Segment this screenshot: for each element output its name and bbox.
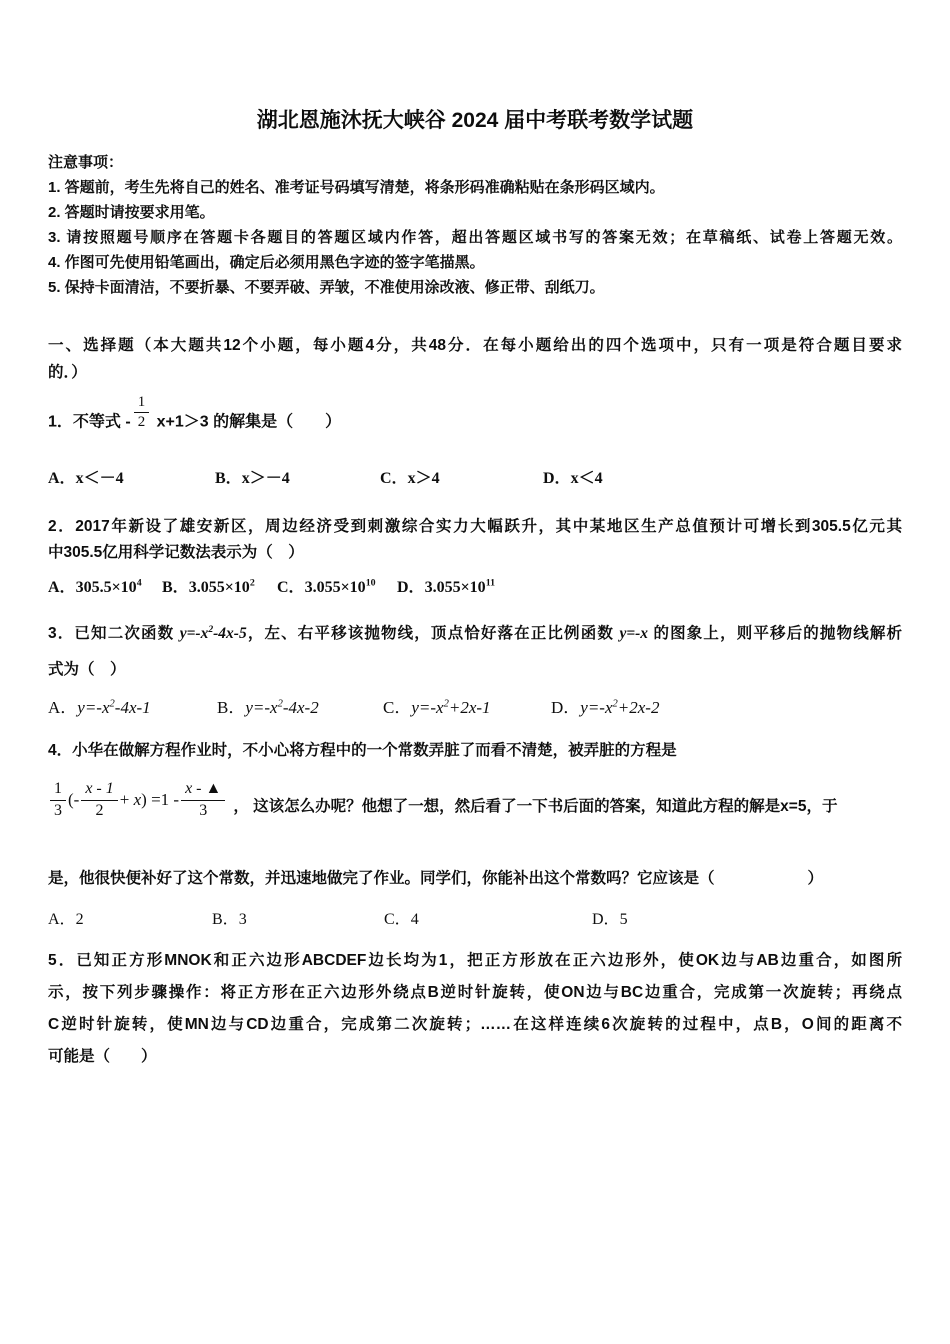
question-1-options: A．x＜－4 B．x＞－4 C．x＞4 D．x＜4	[48, 465, 902, 488]
option-c-exponent: 10	[366, 578, 376, 589]
notice-item-2: 2. 答题时请按要求用笔。	[48, 200, 902, 225]
option-b-label: B．	[215, 470, 242, 487]
option-c-text: x＞4	[408, 470, 440, 487]
notice-item-3: 3. 请按照题号顺序在答题卡各题目的答题区域内作答，超出答题区域书写的答案无效；…	[48, 225, 902, 250]
section-1-heading-line-1: 一、选择题（本大题共12个小题，每小题4分，共48分．在每小题给出的四个选项中，…	[48, 332, 902, 359]
option-c-expression: y=-x2+2x-1	[411, 698, 490, 717]
option-d-label: D．	[397, 579, 425, 596]
option-c-label: C．	[384, 911, 411, 928]
option-d-label: D．	[543, 470, 571, 487]
option-d-value: 3.055×10	[425, 579, 486, 596]
option-b-label: B．	[217, 698, 245, 717]
question-3-line-1: 3．已知二次函数 y=-x2-4x-5，左、右平移该抛物线，顶点恰好落在正比例函…	[48, 621, 902, 647]
equation-equals-part: ) =1 -	[141, 790, 179, 809]
notice-item-1: 1. 答题前，考生先将自己的姓名、准考证号码填写清楚，将条形码准确粘贴在条形码区…	[48, 175, 902, 200]
option-b-value: 3.055×10	[189, 579, 250, 596]
option-d: D．3.055×1011	[397, 574, 495, 597]
option-a-text: x＜－4	[76, 470, 124, 487]
option-c: C．y=-x2+2x-1	[383, 693, 551, 718]
option-c: C．3.055×1010	[277, 574, 397, 597]
option-c-label: C．	[277, 579, 305, 596]
question-5-line-2: 示，按下列步骤操作：将正方形在正六边形外绕点B逆时针旋转，使ON边与BC边重合，…	[48, 977, 902, 1009]
question-2: 2．2017年新设了雄安新区，周边经济受到刺激综合实力大幅跃升，其中某地区生产总…	[48, 514, 902, 597]
option-d-label: D．	[551, 698, 580, 717]
option-d-text: 5	[620, 911, 628, 928]
question-4-equation-line: 13(-x - 12+ x) =1 -x - ▲3， 这该怎么办呢？他想了一想，…	[48, 780, 902, 820]
question-3-text-pre: 3．已知二次函数	[48, 625, 180, 642]
option-a: A．2	[48, 906, 212, 929]
option-c-label: C．	[383, 698, 411, 717]
equation-open-paren: (-	[68, 790, 79, 809]
question-4: 4．小华在做解方程作业时，不小心将方程中的一个常数弄脏了而看不清楚，被弄脏的方程…	[48, 738, 902, 929]
question-5-line-4: 可能是（ ）	[48, 1041, 902, 1073]
notice-heading: 注意事项：	[48, 150, 902, 175]
proportional-function-expression: y=-x	[619, 625, 648, 642]
option-c-text: 4	[411, 911, 419, 928]
option-c-label: C．	[380, 470, 408, 487]
question-1-text: 1．不等式 -12 x+1＞3 的解集是（ ）	[48, 394, 902, 435]
option-b-label: B．	[162, 579, 189, 596]
option-c-value: 3.055×10	[305, 579, 366, 596]
question-4-line-3: 是，他很快便补好了这个常数，并迅速地做完了作业。同学们，你能补出这个常数吗？它应…	[48, 866, 902, 892]
option-d: D．x＜4	[543, 465, 603, 488]
option-d-exponent: 11	[486, 578, 495, 589]
fraction-denominator: 2	[134, 413, 150, 431]
question-4-options: A．2 B．3 C．4 D．5	[48, 906, 902, 929]
option-a: A．305.5×104	[48, 574, 162, 597]
option-d: D．5	[592, 906, 628, 929]
question-4-line-1: 4．小华在做解方程作业时，不小心将方程中的一个常数弄脏了而看不清楚，被弄脏的方程…	[48, 738, 902, 764]
option-a-label: A．	[48, 698, 77, 717]
fraction-numerator: 1	[134, 394, 150, 413]
option-b: B．3	[212, 906, 384, 929]
fraction-x-minus-1-over-2: x - 12	[81, 780, 117, 820]
question-4-continuation: ， 这该怎么办呢？他想了一想，然后看了一下书后面的答案，知道此方程的解是x=5，…	[227, 794, 837, 820]
question-5: 5．已知正方形MNOK和正六边形ABCDEF边长均为1，把正方形放在正六边形外，…	[48, 945, 902, 1073]
question-2-line-2: 中305.5亿用科学记数法表示为（ ）	[48, 540, 902, 566]
question-2-options: A．305.5×104 B．3.055×102 C．3.055×1010 D．3…	[48, 574, 902, 597]
option-a-text: 2	[76, 911, 84, 928]
section-1-heading: 一、选择题（本大题共12个小题，每小题4分，共48分．在每小题给出的四个选项中，…	[48, 332, 902, 386]
question-5-line-3: C逆时针旋转，使MN边与CD边重合，完成第二次旋转；……在这样连续6次旋转的过程…	[48, 1009, 902, 1041]
option-a: A．y=-x2-4x-1	[48, 693, 217, 718]
notice-item-5: 5. 保持卡面清洁，不要折暴、不要弄破、弄皱，不准使用涂改液、修正带、刮纸刀。	[48, 275, 902, 300]
option-b-exponent: 2	[250, 578, 255, 589]
page-title: 湖北恩施沐抚大峡谷 2024 届中考联考数学试题	[48, 106, 902, 136]
exam-page: 湖北恩施沐抚大峡谷 2024 届中考联考数学试题 注意事项： 1. 答题前，考生…	[0, 0, 950, 1133]
option-a-label: A．	[48, 911, 76, 928]
option-d-text: x＜4	[571, 470, 603, 487]
fraction-x-minus-triangle-over-3: x - ▲3	[181, 780, 225, 820]
option-a: A．x＜－4	[48, 465, 215, 488]
question-3: 3．已知二次函数 y=-x2-4x-5，左、右平移该抛物线，顶点恰好落在正比例函…	[48, 621, 902, 718]
equation-plus-sign: +	[120, 790, 134, 809]
option-b-label: B．	[212, 911, 239, 928]
fraction-one-third: 13	[50, 780, 66, 820]
section-1-heading-line-2: 的．）	[48, 359, 902, 386]
option-b-text: 3	[239, 911, 247, 928]
option-b-text: x＞－4	[242, 470, 290, 487]
option-d-label: D．	[592, 911, 620, 928]
option-c: C．4	[384, 906, 592, 929]
option-a-value: 305.5×10	[76, 579, 137, 596]
option-c: C．x＞4	[380, 465, 543, 488]
option-b: B．3.055×102	[162, 574, 277, 597]
option-a-expression: y=-x2-4x-1	[77, 698, 150, 717]
option-a-label: A．	[48, 470, 76, 487]
option-a-exponent: 4	[137, 578, 142, 589]
fraction-one-half: 12	[134, 394, 150, 432]
question-1-text-post: x+1＞3 的解集是（ ）	[152, 413, 341, 430]
question-3-options: A．y=-x2-4x-1 B．y=-x2-4x-2 C．y=-x2+2x-1 D…	[48, 693, 902, 718]
quadratic-function-expression: y=-x2-4x-5	[180, 625, 247, 642]
question-5-line-1: 5．已知正方形MNOK和正六边形ABCDEF边长均为1，把正方形放在正六边形外，…	[48, 945, 902, 977]
question-2-line-1: 2．2017年新设了雄安新区，周边经济受到刺激综合实力大幅跃升，其中某地区生产总…	[48, 514, 902, 540]
question-3-text-post: 的图象上，则平移后的抛物线解析	[648, 625, 902, 642]
question-3-line-2: 式为（ ）	[48, 657, 902, 683]
question-1-text-pre: 1．不等式 -	[48, 413, 131, 430]
option-d-expression: y=-x2+2x-2	[580, 698, 659, 717]
question-3-text-mid: ，左、右平移该抛物线，顶点恰好落在正比例函数	[247, 625, 620, 642]
option-b-expression: y=-x2-4x-2	[245, 698, 318, 717]
option-b: B．y=-x2-4x-2	[217, 693, 383, 718]
option-b: B．x＞－4	[215, 465, 380, 488]
option-a-label: A．	[48, 579, 76, 596]
notice-item-4: 4. 作图可先使用铅笔画出，确定后必须用黑色字迹的签字笔描黑。	[48, 250, 902, 275]
option-d: D．y=-x2+2x-2	[551, 693, 659, 718]
